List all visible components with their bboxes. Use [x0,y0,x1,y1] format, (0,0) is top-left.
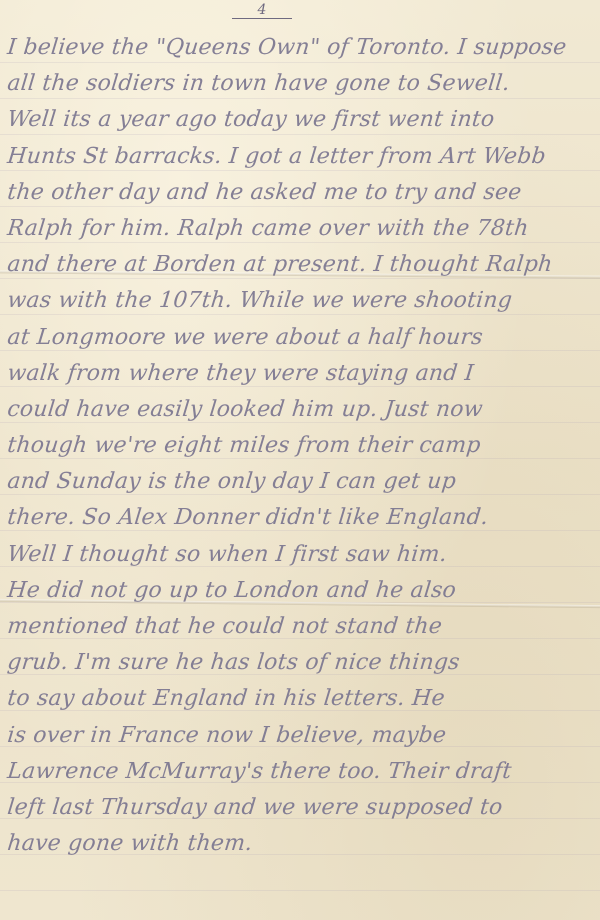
text-line: to say about England in his letters. He [6,675,598,711]
text-line: left last Thursday and we were supposed … [6,784,598,820]
handwritten-text: I believe the "Queens Own" of Toronto. I… [8,24,596,856]
text-line: all the soldiers in town have gone to Se… [6,60,598,96]
text-line: Hunts St barracks. I got a letter from A… [6,133,598,169]
text-line: Lawrence McMurray's there too. Their dra… [6,748,598,784]
text-line: I believe the "Queens Own" of Toronto. I… [6,24,598,60]
letter-page: 4 I believe the "Queens Own" of Toronto.… [0,0,600,920]
text-line: though we're eight miles from their camp [6,422,598,458]
text-line: Well its a year ago today we first went … [6,96,598,132]
text-line: there. So Alex Donner didn't like Englan… [6,494,598,530]
text-line: the other day and he asked me to try and… [6,169,598,205]
text-line: He did not go up to London and he also [6,567,598,603]
text-line: grub. I'm sure he has lots of nice thing… [6,639,598,675]
text-line: have gone with them. [6,820,598,856]
text-line: Ralph for him. Ralph came over with the … [6,205,598,241]
text-line-underlined: mentioned that he could not stand the [6,603,598,639]
text-line: was with the 107th. While we were shooti… [6,277,598,313]
text-line: and Sunday is the only day I can get up [6,458,598,494]
text-line: walk from where they were staying and I [6,350,598,386]
text-line: at Longmoore we were about a half hours [6,314,598,350]
text-line: is over in France now I believe, maybe [6,712,598,748]
page-number: 4 [232,2,292,19]
text-line: and there at Borden at present. I though… [6,241,598,277]
text-line: Well I thought so when I first saw him. [6,531,598,567]
text-line: could have easily looked him up. Just no… [6,386,598,422]
